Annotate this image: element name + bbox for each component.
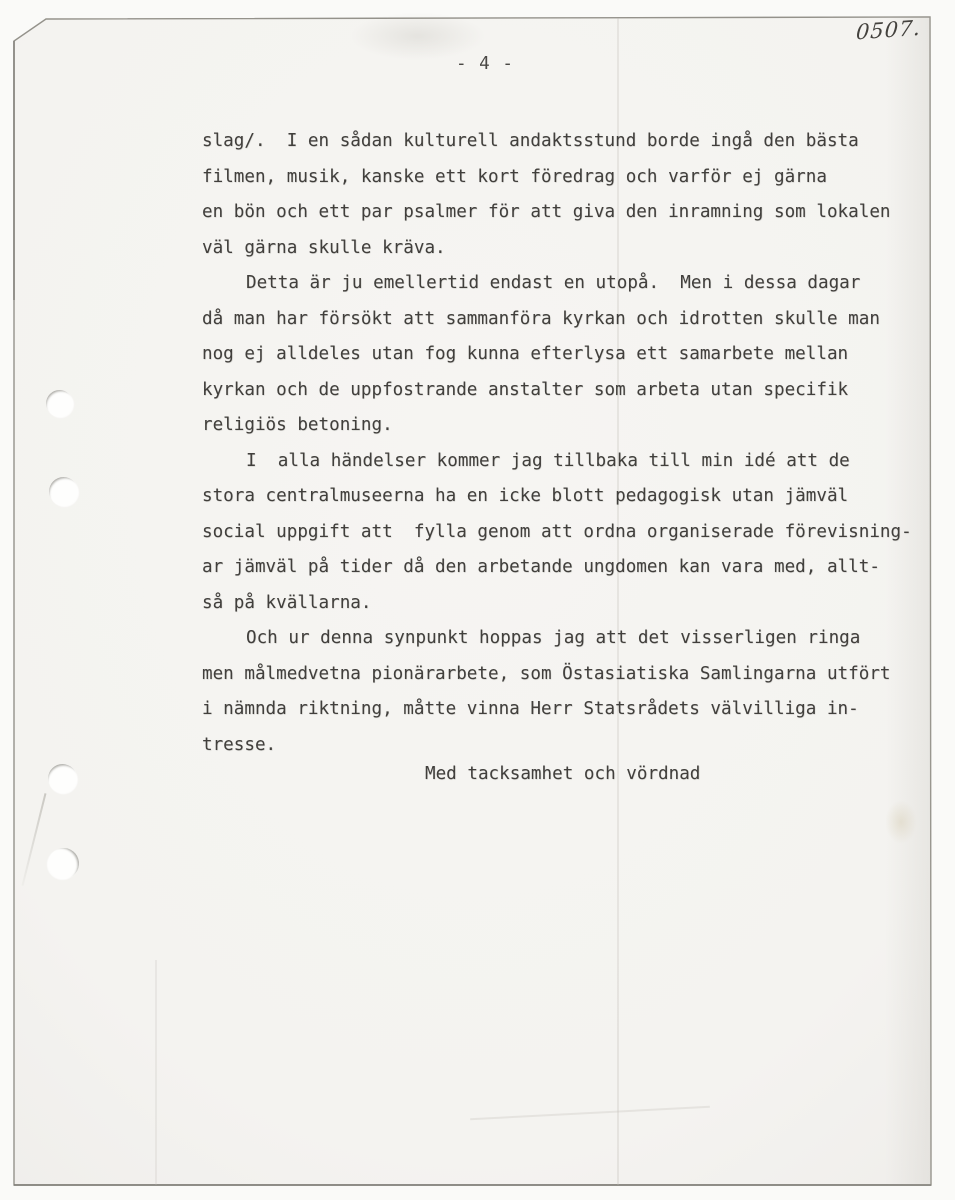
punch-hole — [46, 390, 73, 417]
typed-line: social uppgift att fylla genom att ordna… — [202, 515, 926, 551]
typed-line: så på kvällarna. — [202, 586, 926, 622]
typed-line: i nämnda riktning, måtte vinna Herr Stat… — [202, 692, 926, 728]
typed-line: slag/. I en sådan kulturell andaktsstund… — [202, 124, 926, 160]
typed-line: ar jämväl på tider då den arbetande ungd… — [202, 550, 926, 586]
letter-body: slag/. I en sådan kulturell andaktsstund… — [202, 124, 926, 763]
punch-hole — [49, 477, 78, 506]
typed-line: då man har försökt att sammanföra kyrkan… — [202, 302, 926, 338]
typed-line: religiös betoning. — [202, 408, 926, 444]
handwritten-archive-number: 0507. — [855, 16, 922, 45]
typed-line: Detta är ju emellertid endast en utopå. … — [202, 266, 926, 302]
vertical-crease-bottom-left — [155, 960, 157, 1185]
typed-line: Och ur denna synpunkt hoppas jag att det… — [202, 621, 926, 657]
scanned-letter-page: 0507. - 4 - slag/. I en sådan kulturell … — [0, 0, 955, 1200]
typed-line: I alla händelser kommer jag tillbaka til… — [202, 444, 926, 480]
typed-line: kyrkan och de uppfostrande anstalter som… — [202, 373, 926, 409]
faint-stamp-mark — [350, 12, 485, 60]
typed-line: väl gärna skulle kräva. — [202, 231, 926, 267]
typed-line: filmen, musik, kanske ett kort föredrag … — [202, 160, 926, 196]
paper-smudge — [885, 800, 917, 844]
page-number: - 4 - — [456, 54, 514, 74]
closing-salutation: Med tacksamhet och vördnad — [425, 757, 700, 793]
typed-line: stora centralmuseerna ha en icke blott p… — [202, 479, 926, 515]
typed-line: en bön och ett par psalmer för att giva … — [202, 195, 926, 231]
typed-line: nog ej alldeles utan fog kunna efterlysa… — [202, 337, 926, 373]
typed-line: men målmedvetna pionärarbete, som Östasi… — [202, 657, 926, 693]
